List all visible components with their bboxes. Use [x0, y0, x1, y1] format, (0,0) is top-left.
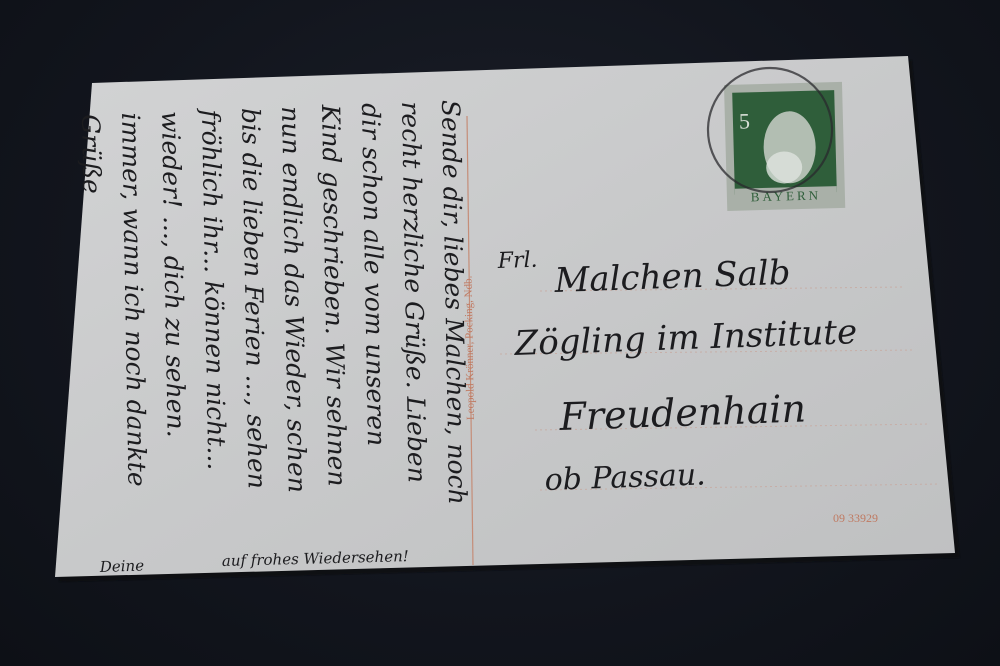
address-line-3: Freudenhain: [558, 386, 807, 439]
message-line: Grüße: [76, 114, 106, 194]
card-number: 09 33929: [833, 511, 878, 525]
address-name: Malchen Salb: [553, 253, 791, 301]
stamp-value: 5: [739, 108, 751, 133]
address-salutation: Frl.: [496, 248, 538, 274]
postage-stamp: 5 BAYERN: [724, 82, 845, 211]
message-signature: Deine: [99, 556, 145, 576]
postcard: 5 BAYERN Leopold Krönner, Pocking, Ndb. …: [0, 0, 1000, 666]
address-line-4: ob Passau.: [544, 457, 706, 498]
postcard-photo: 5 BAYERN Leopold Krönner, Pocking, Ndb. …: [0, 0, 1000, 666]
message-line: dir schon alle vom unseren: [356, 103, 391, 447]
message-line: wieder! ..., dich zu sehen.: [156, 111, 191, 438]
